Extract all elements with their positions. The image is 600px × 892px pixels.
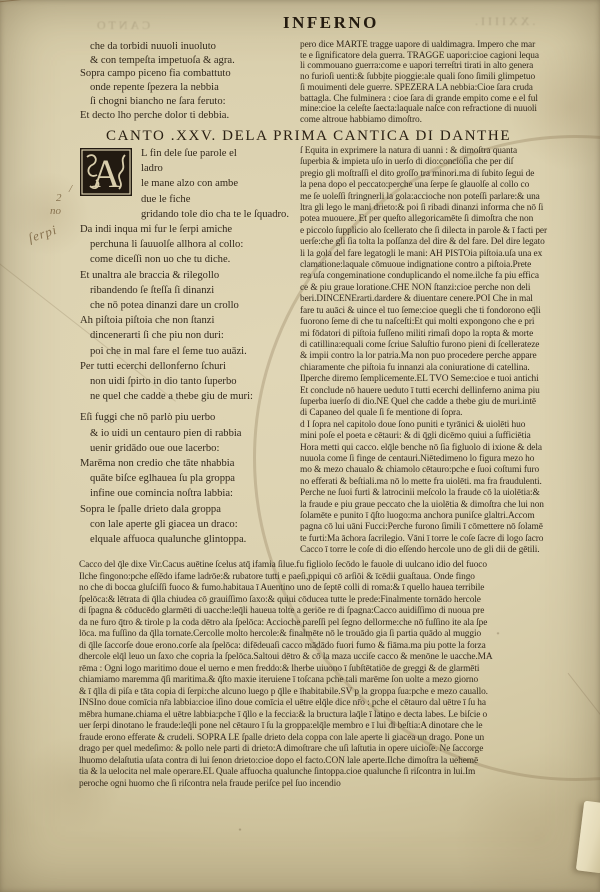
commentary-line: lōca. ma fuſſino da q̄lla tornate.Cercol…	[79, 629, 598, 641]
commentary-line: chiaramente che piſtoia fu innanzi ala c…	[300, 363, 597, 374]
left-verse-column: A L fin dele ſue parole elladrole mane a…	[80, 146, 297, 547]
commentary-line: uer ſerpi dinotano le fraude:leq̄li pone…	[79, 721, 598, 733]
commentary-line: da ne furo q̄tro & tirole p la coda dētr…	[79, 618, 598, 630]
commentary-line: clamatione:laquale cōmuoue indignatione …	[300, 260, 597, 271]
commentary-line: nuuola come ſi finge de centauri.Niētedi…	[300, 454, 597, 465]
verse-line: quāte biſce eglhauea ſu pla groppa	[80, 471, 297, 486]
verse-line: ne quel che cadde a thebe giu de muri:	[80, 389, 297, 404]
verse-line: perchuna li ſauuolſe allhora al collo:	[80, 237, 297, 252]
book-page-scan: CANTO INFERNO .XXIIII. che da torbidi nu…	[0, 0, 600, 892]
commentary-line: d I ſopra nel capitolo doue ſono puniti …	[300, 420, 597, 431]
verse-line: Marēma non credio che tāte nhabbia	[80, 456, 297, 471]
running-title: INFERNO	[283, 13, 379, 33]
verse-line: & io uidi un centauro pien di rabbia	[80, 426, 297, 441]
commentary-line: pagna cō lui uāni Fucci:Perche furono ſi…	[300, 522, 597, 533]
commentary-line: li la gola del fare legatogli le mani: A…	[300, 249, 597, 260]
commentary-line: ſ Equita in exprimere la natura di uanni…	[300, 146, 597, 157]
commentary-line: Hora metti qui cacco. elq̄le benche nō ſ…	[300, 443, 597, 454]
verse-line: infine oue comincia noſtra labbia:	[80, 486, 297, 501]
commentary-line: ſuperba iuerſo di dio.NE Quel che cadde …	[300, 397, 597, 408]
verse-line: ribandendo ſe ſteſſa ſi dinanzi	[80, 283, 297, 298]
commentary-line: di q̄lle ſaccorſe doue erono.corſe ala ſ…	[79, 641, 598, 653]
verse-line: con lale aperte gli giacea un draco:	[80, 517, 297, 532]
margin-annotation-dash	[0, 0, 24, 3]
commentary-line: mini poſe el poeta e cētauri: & di q̄gli…	[300, 431, 597, 442]
commentary-line: ſpelōca:& lētrata di q̄lla chiudea cō gr…	[79, 595, 598, 607]
commentary-line: mi fōdatori di piſtoia fuſſeno militi ri…	[300, 329, 597, 340]
verse-line: che nō potea dinanzi dare un crollo	[80, 298, 297, 313]
margin-annotation-slash: /	[69, 183, 72, 195]
top-left-verse-column: che da torbidi nuuoli inuoluto& con temp…	[80, 40, 295, 122]
margin-annotation-number: 2	[56, 192, 62, 204]
commentary-line: ſuperbia & impieta uſo in uerſo di dio:c…	[300, 157, 597, 168]
commentary-line: potea muouere. Et per queſto allegoricam…	[300, 214, 597, 225]
commentary-line: la pena dopo el peccato:perche una ſerpe…	[300, 180, 597, 191]
commentary-line: ſolamēte e punito ī q̄ſto luogo:ma ancho…	[300, 511, 597, 522]
verse-line: ſi chogni biancho ne ſara feruto:	[80, 95, 295, 109]
commentary-line: fuorono ſeme di che tu naſceſti:Et qui m…	[300, 317, 597, 328]
verse-line: Per tutti ecerchi dellonferno ſchuri	[80, 359, 297, 374]
commentary-line: mine:cioe la celeſte ſaecta:laquale naſc…	[300, 104, 597, 115]
commentary-line: Ilperche diremo ſemplicemente.EL TVO Sem…	[300, 374, 597, 385]
verse-line: & con tempeſta impetuoſa & agra.	[80, 54, 295, 68]
svg-text:A: A	[92, 151, 121, 196]
verse-line: Eſi fuggi che nō parlò piu uerbo	[80, 410, 297, 425]
verse-line: poi che in mal fare el ſeme tuo auāzi.	[80, 344, 297, 359]
commentary-line: chiamiamo maremma q̄ſi maritima.& q̄ſto …	[79, 675, 598, 687]
commentary-lines: Cacco del q̄le dixe Vir.Cacus auētine ſc…	[79, 560, 598, 790]
commentary-line: no furioſi uenti:& ſubbite pioggie:ale q…	[300, 72, 597, 83]
woodcut-initial-graphic: A	[80, 148, 132, 196]
verse-line: Ah piſtoia piſtoia che non ſtanzi	[80, 313, 297, 328]
commentary-line: Ilche fingono:pche eſſēdo ifame ladrōe:&…	[79, 572, 598, 584]
commentary-lines: pero dice MARTE tragge uapore di ualdima…	[300, 40, 597, 126]
bottom-commentary-block: Cacco del q̄le dixe Vir.Cacus auētine ſc…	[79, 560, 598, 790]
verse-line: uenir gridādo oue oue lacerbo:	[80, 441, 297, 456]
commentary-line: pregio gli moſtraſſi el dito groſſo tra …	[300, 169, 597, 180]
commentary-line: te e ſignificatore dela guerra. TRAGGE u…	[300, 51, 597, 62]
commentary-line: me ſe uoleſſi ſtringnerli la gola:accioc…	[300, 192, 597, 203]
verse-line: Da indi inqua mi fur le ſerpi amiche	[80, 222, 297, 237]
commentary-line: mēbra humane.chiama el uētre labbia:pche…	[79, 710, 598, 722]
commentary-line: no efferati & beſtiali.ma nō lo mette fr…	[300, 477, 597, 488]
verse-line: Sopra le ſpalle drieto dala groppa	[80, 502, 297, 517]
commentary-line: pero dice MARTE tragge uapore di ualdima…	[300, 40, 597, 51]
commentary-line: mo & mezo chaualo & chiamolo cētauro:pch…	[300, 465, 597, 476]
verse-lines: che da torbidi nuuoli inuoluto& con temp…	[80, 40, 295, 122]
verse-line: Et unaltra ale braccia & rilegollo	[80, 268, 297, 283]
verse-line: elquale affuoca qualunche glintoppa.	[80, 532, 297, 547]
commentary-line: uerſe:che gli ſia tolta la poſſanza del …	[300, 237, 597, 248]
commentary-line: drago per quel medeſimo: & pollo nele pa…	[79, 744, 598, 756]
top-right-commentary-column: pero dice MARTE tragge uapore di ualdima…	[300, 40, 597, 126]
showthrough-canto: CANTO	[94, 18, 150, 33]
margin-annotation-word: no	[50, 205, 61, 217]
verse-line: Et decto lho perche dolor ti debbia.	[80, 109, 295, 123]
page-corner-curl	[576, 801, 600, 874]
commentary-line: ltra gli lego le mani drieto:& poi ſi ri…	[300, 203, 597, 214]
verse-line: non uidi ſpirto in dio tanto ſuperbo	[80, 374, 297, 389]
woodcut-initial-a: A	[80, 148, 134, 208]
commentary-line: te furti:Ma āchora ſacrilegio. Vāni ī to…	[300, 534, 597, 545]
commentary-line: li commouano guerra:come e uapori terreſ…	[300, 61, 597, 72]
commentary-lines: ſ Equita in exprimere la natura di uanni…	[300, 146, 597, 557]
commentary-line: Cacco ī torre le coſe di dio eſſendo her…	[300, 545, 597, 556]
right-commentary-column: ſ Equita in exprimere la natura di uanni…	[300, 146, 597, 557]
commentary-line: peroche ogni huomo che ſi riſcontra nela…	[79, 779, 598, 791]
verse-line: come diceſſi non uo che tu diche.	[80, 252, 297, 267]
commentary-line: tia & la uelocita nel male operare.EL Qu…	[79, 767, 598, 779]
commentary-line: & ī q̄lla di piſa e tāta copia di ſerpi:…	[79, 687, 598, 699]
verse-line: Sopra campo piceno fia combattuto	[80, 67, 295, 81]
commentary-line: no che di bocca gluſciſſi fuoco & fumo.h…	[79, 583, 598, 595]
commentary-line: ſi mouimenti dele guerre. SPEZERA LA neb…	[300, 83, 597, 94]
commentary-line: INSIno doue comīcia nr̄a labbia:cioe iſi…	[79, 698, 598, 710]
commentary-line: Et conclude nō hauere ueduto ī tutti ece…	[300, 386, 597, 397]
commentary-line: ce & piu graue loratione.CHE NON ſtanzi:…	[300, 283, 597, 294]
commentary-line: dhercole elq̄l leuo un ſaxo che copria l…	[79, 652, 598, 664]
margin-annotation-script: ſerpi	[26, 222, 59, 246]
commentary-line: come altroue habbiamo dimoſtro.	[300, 115, 597, 126]
commentary-line: la fraude e piu graue peccato che la uio…	[300, 500, 597, 511]
commentary-line: di ſpagna & cōducēdo glarmēti di uacche:…	[79, 606, 598, 618]
commentary-line: di Capaneo del quale ſi fe mentione di ſ…	[300, 408, 597, 419]
commentary-line: fare tu auāci & uince el tuo ſeme:cioe q…	[300, 306, 597, 317]
commentary-line: fraude erono efferate & crudeli. SOPRA L…	[79, 733, 598, 745]
canto-heading: CANTO .XXV. DELA PRIMA CANTICA DI DANTHE	[106, 128, 586, 145]
commentary-line: Perche ne ſuoi furti & latrocinii meſcol…	[300, 488, 597, 499]
showthrough-folio-number: .XXIIII.	[472, 14, 535, 29]
verse-line: onde repente ſpezera la nebbia	[80, 81, 295, 95]
verse-line: dincenerarti ſi che piu non duri:	[80, 328, 297, 343]
commentary-line: lhuomo delaſtutia uſata contra di lui ſe…	[79, 756, 598, 768]
verse-line: che da torbidi nuuoli inuoluto	[80, 40, 295, 54]
commentary-line: beri.DINCENErarti.dardere & diuentare ce…	[300, 294, 597, 305]
commentary-line: Cacco del q̄le dixe Vir.Cacus auētine ſc…	[79, 560, 598, 572]
verse-line: gridando tole dio cha te le ſquadro.	[80, 207, 297, 222]
commentary-line: e piccolo ſupplicio alo ſcellerato che ſ…	[300, 226, 597, 237]
commentary-line: battagla. Che fulminera : cioe ſara di g…	[300, 94, 597, 105]
commentary-line: rea uſa congeminatione conduplicando el …	[300, 271, 597, 282]
commentary-line: rēma : Ogni logo maritimo doue el uerno …	[79, 664, 598, 676]
commentary-line: & impii contro la lor patria.Ma non puo …	[300, 351, 597, 362]
commentary-line: di catillina:equali come ſcriue Saluſtio…	[300, 340, 597, 351]
